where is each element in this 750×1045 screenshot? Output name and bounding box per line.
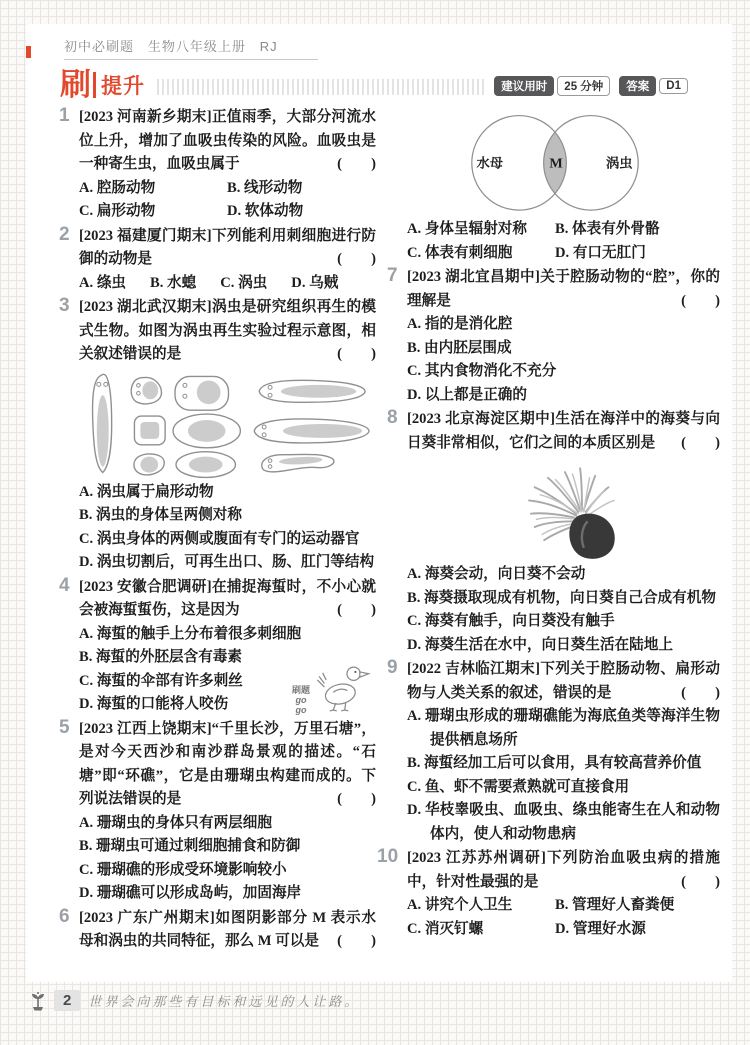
question-number: 2 bbox=[59, 223, 70, 247]
page-footer: 2 世界会向那些有目标和远见的人让路。 bbox=[30, 990, 360, 1011]
option-item: C. 扁形动物 bbox=[79, 200, 227, 224]
right-column: 水母 M 涡虫 A. 身体呈辐射对称B. 体表有外骨骼C. 体表有刺细胞D. 有… bbox=[390, 106, 720, 955]
question-stem: [2023 湖北宜昌期中]关于腔肠动物的“腔”，你的理解是( ) bbox=[407, 266, 720, 313]
option-item: B. 海葵摄取现成有机物，向日葵自己合成有机物 bbox=[407, 587, 720, 611]
question-stem: [2023 湖北武汉期末]涡虫是研究组织再生的模式生物。如图为涡虫再生实验过程示… bbox=[79, 296, 376, 367]
brand-shua-logo: 刷 bbox=[60, 70, 91, 100]
venn-center-label: M bbox=[549, 156, 562, 172]
question-source: [2023 湖北宜昌期中] bbox=[407, 269, 540, 285]
option-item: D. 有口无肛门 bbox=[555, 242, 720, 266]
option-item: C. 涡虫 bbox=[220, 272, 267, 296]
section-title: 提升 bbox=[101, 70, 145, 100]
option-item: A. 涡虫属于扁形动物 bbox=[79, 481, 376, 505]
book-subject: 生物八年级上册 bbox=[148, 39, 246, 54]
decorative-stripes bbox=[157, 79, 484, 95]
question-5: 5 [2023 江西上饶期末]“千里长沙，万里石塘”，是对今天西沙和南沙群岛景观… bbox=[62, 718, 376, 906]
question-number: 4 bbox=[59, 574, 70, 598]
option-item: D. 以上都是正确的 bbox=[407, 384, 720, 408]
option-item: B. 珊瑚虫可通过刺细胞捕食和防御 bbox=[79, 835, 376, 859]
answer-label: 答案 bbox=[619, 76, 656, 96]
question-source: [2023 江西上饶期末] bbox=[79, 721, 212, 737]
options-list: A. 珊瑚虫的身体只有两层细胞B. 珊瑚虫可通过刺细胞捕食和防御C. 珊瑚礁的形… bbox=[79, 812, 376, 906]
answer-bracket: ( ) bbox=[681, 432, 720, 456]
answer-bracket: ( ) bbox=[337, 343, 376, 367]
planaria-regeneration-figure bbox=[79, 369, 376, 479]
option-item: D. 软体动物 bbox=[227, 200, 376, 224]
option-item: B. 体表有外骨骼 bbox=[555, 218, 720, 242]
option-item: B. 涡虫的身体呈两侧对称 bbox=[79, 504, 376, 528]
option-item: D. 管理好水源 bbox=[555, 918, 720, 942]
sea-anemone-photo bbox=[407, 457, 720, 561]
question-10: 10 [2023 江苏苏州调研]下列防治血吸虫病的措施中，针对性最强的是( ) … bbox=[390, 847, 720, 941]
option-item: B. 由内胚层围成 bbox=[407, 337, 720, 361]
book-title: 初中必刷题 bbox=[64, 39, 134, 54]
answer-bracket: ( ) bbox=[681, 290, 720, 314]
question-8: 8 [2023 北京海淀区期中]生活在海洋中的海葵与向日葵非常相似，它们之间的本… bbox=[390, 408, 720, 657]
option-item: A. 海葵会动，向日葵不会动 bbox=[407, 563, 720, 587]
suggested-time-value: 25 分钟 bbox=[557, 76, 610, 96]
option-item: A. 海蜇的触手上分布着很多刺细胞 bbox=[79, 623, 376, 647]
question-source: [2023 安徽合肥调研] bbox=[79, 579, 212, 595]
option-item: B. 海蜇经加工后可以食用，具有较高营养价值 bbox=[407, 752, 720, 776]
option-item: C. 消灭钉螺 bbox=[407, 918, 555, 942]
question-stem: [2023 河南新乡期末]正值雨季，大部分河流水位上升，增加了血吸虫传染的风险。… bbox=[79, 106, 376, 177]
options-list: A. 腔肠动物B. 线形动物C. 扁形动物D. 软体动物 bbox=[79, 177, 376, 224]
question-source: [2023 湖北武汉期末] bbox=[79, 299, 212, 315]
answer-bracket: ( ) bbox=[681, 682, 720, 706]
option-item: A. 腔肠动物 bbox=[79, 177, 227, 201]
footer-motto: 世界会向那些有目标和远见的人让路。 bbox=[88, 991, 360, 1010]
question-2: 2 [2023 福建厦门期末]下列能利用刺细胞进行防御的动物是( ) A. 绦虫… bbox=[62, 225, 376, 296]
question-stem: [2023 江西上饶期末]“千里长沙，万里石塘”，是对今天西沙和南沙群岛景观的描… bbox=[79, 718, 376, 812]
answer-bracket: ( ) bbox=[337, 930, 376, 954]
option-item: A. 绦虫 bbox=[79, 272, 126, 296]
options-list: A. 绦虫B. 水螅C. 涡虫D. 乌贼 bbox=[79, 272, 376, 296]
question-number: 3 bbox=[59, 294, 70, 318]
answer-bracket: ( ) bbox=[681, 871, 720, 895]
section-title-row: 刷 提升 建议用时 25 分钟 答案 D1 bbox=[60, 70, 694, 100]
question-source: [2023 广东广州期末] bbox=[79, 910, 215, 926]
option-item: A. 身体呈辐射对称 bbox=[407, 218, 555, 242]
paper-sheet: 初中必刷题 生物八年级上册 RJ 刷 提升 建议用时 25 分钟 答案 D1 1… bbox=[26, 24, 732, 982]
options-list: A. 海葵会动，向日葵不会动B. 海葵摄取现成有机物，向日葵自己合成有机物C. … bbox=[407, 563, 720, 657]
options-list: A. 讲究个人卫生B. 管理好人畜粪便C. 消灭钉螺D. 管理好水源 bbox=[407, 894, 720, 941]
sprout-icon bbox=[30, 991, 46, 1011]
question-7: 7 [2023 湖北宜昌期中]关于腔肠动物的“腔”，你的理解是( ) A. 指的… bbox=[390, 266, 720, 407]
option-item: A. 指的是消化腔 bbox=[407, 313, 720, 337]
question-1: 1 [2023 河南新乡期末]正值雨季，大部分河流水位上升，增加了血吸虫传染的风… bbox=[62, 106, 376, 224]
option-item: C. 其内食物消化不充分 bbox=[407, 360, 720, 384]
question-3: 3 [2023 湖北武汉期末]涡虫是研究组织再生的模式生物。如图为涡虫再生实验过… bbox=[62, 296, 376, 575]
option-item: A. 珊瑚虫形成的珊瑚礁能为海底鱼类等海洋生物提供栖息场所 bbox=[407, 705, 720, 752]
question-source: [2023 北京海淀区期中] bbox=[407, 411, 555, 427]
question-stem: [2022 吉林临江期末]下列关于腔肠动物、扁形动物与人类关系的叙述，错误的是(… bbox=[407, 658, 720, 705]
question-number: 5 bbox=[59, 716, 70, 740]
page-number: 2 bbox=[54, 990, 80, 1011]
option-item: D. 涡虫切割后，可再生出口、肠、肛门等结构 bbox=[79, 551, 376, 575]
question-stem: [2023 广东广州期末]如图阴影部分 M 表示水母和涡虫的共同特征，那么 M … bbox=[79, 907, 376, 954]
options-list: A. 涡虫属于扁形动物B. 涡虫的身体呈两侧对称C. 涡虫身体的两侧或腹面有专门… bbox=[79, 481, 376, 575]
options-list: A. 珊瑚虫形成的珊瑚礁能为海底鱼类等海洋生物提供栖息场所B. 海蜇经加工后可以… bbox=[407, 705, 720, 846]
suggested-time-label: 建议用时 bbox=[494, 76, 554, 96]
answer-page-value: D1 bbox=[659, 78, 688, 94]
question-number: 9 bbox=[387, 656, 398, 680]
answer-bracket: ( ) bbox=[337, 248, 376, 272]
question-stem: [2023 福建厦门期末]下列能利用刺细胞进行防御的动物是( ) bbox=[79, 225, 376, 272]
book-edition: RJ bbox=[260, 39, 278, 54]
question-6-stem: 6 [2023 广东广州期末]如图阴影部分 M 表示水母和涡虫的共同特征，那么 … bbox=[62, 907, 376, 954]
question-stem: [2023 安徽合肥调研]在捕捉海蜇时，不小心就会被海蜇蜇伤，这是因为( ) bbox=[79, 576, 376, 623]
left-column: 1 [2023 河南新乡期末]正值雨季，大部分河流水位上升，增加了血吸虫传染的风… bbox=[62, 106, 376, 955]
question-number: 7 bbox=[387, 264, 398, 288]
duck-icon bbox=[312, 659, 374, 715]
option-item: D. 乌贼 bbox=[291, 272, 338, 296]
answer-bracket: ( ) bbox=[337, 153, 376, 177]
option-item: B. 管理好人畜粪便 bbox=[555, 894, 720, 918]
answer-bracket: ( ) bbox=[337, 599, 376, 623]
workbook-page: 初中必刷题 生物八年级上册 RJ 刷 提升 建议用时 25 分钟 答案 D1 1… bbox=[0, 0, 750, 1045]
question-number: 1 bbox=[59, 104, 70, 128]
option-item: D. 珊瑚礁可以形成岛屿，加固海岸 bbox=[79, 882, 376, 906]
red-edge-mark bbox=[26, 46, 31, 58]
option-item: C. 鱼、虾不需要煮熟就可直接食用 bbox=[407, 776, 720, 800]
two-column-layout: 1 [2023 河南新乡期末]正值雨季，大部分河流水位上升，增加了血吸虫传染的风… bbox=[62, 106, 732, 955]
mascot-caption-go2: go bbox=[295, 705, 306, 715]
option-item: C. 涡虫身体的两侧或腹面有专门的运动器官 bbox=[79, 528, 376, 552]
question-number: 10 bbox=[377, 845, 398, 869]
question-number: 6 bbox=[59, 905, 70, 929]
mascot-caption-cn: 刷题 bbox=[292, 685, 310, 695]
option-item: A. 讲究个人卫生 bbox=[407, 894, 555, 918]
options-list: A. 指的是消化腔B. 由内胚层围成C. 其内食物消化不充分D. 以上都是正确的 bbox=[407, 313, 720, 407]
options-list: A. 身体呈辐射对称B. 体表有外骨骼C. 体表有刺细胞D. 有口无肛门 bbox=[407, 218, 720, 265]
question-source: [2023 福建厦门期末] bbox=[79, 228, 212, 244]
option-item: C. 海葵有触手，向日葵没有触手 bbox=[407, 610, 720, 634]
answer-bracket: ( ) bbox=[337, 788, 376, 812]
book-header: 初中必刷题 生物八年级上册 RJ bbox=[64, 36, 318, 60]
question-6-options: A. 身体呈辐射对称B. 体表有外骨骼C. 体表有刺细胞D. 有口无肛门 bbox=[390, 218, 720, 265]
option-item: D. 海葵生活在水中，向日葵生活在陆地上 bbox=[407, 634, 720, 658]
question-number: 8 bbox=[387, 406, 398, 430]
option-item: B. 水螅 bbox=[150, 272, 196, 296]
mascot-caption-go1: go bbox=[295, 695, 306, 705]
info-badges: 建议用时 25 分钟 答案 D1 bbox=[494, 76, 694, 96]
logo-bar bbox=[93, 72, 96, 98]
question-source: [2023 河南新乡期末] bbox=[79, 109, 212, 125]
option-item: B. 线形动物 bbox=[227, 177, 376, 201]
venn-left-label: 水母 bbox=[477, 155, 504, 171]
question-9: 9 [2022 吉林临江期末]下列关于腔肠动物、扁形动物与人类关系的叙述，错误的… bbox=[390, 658, 720, 846]
question-4: 4 [2023 安徽合肥调研]在捕捉海蜇时，不小心就会被海蜇蜇伤，这是因为( )… bbox=[62, 576, 376, 717]
duck-mascot: 刷题 go go bbox=[292, 659, 374, 715]
question-source: [2023 江苏苏州调研] bbox=[407, 850, 546, 866]
option-item: C. 体表有刺细胞 bbox=[407, 242, 555, 266]
venn-right-label: 涡虫 bbox=[606, 156, 633, 171]
option-item: C. 珊瑚礁的形成受环境影响较小 bbox=[79, 859, 376, 883]
question-stem: [2023 北京海淀区期中]生活在海洋中的海葵与向日葵非常相似，它们之间的本质区… bbox=[407, 408, 720, 455]
venn-diagram-figure: 水母 M 涡虫 bbox=[390, 108, 720, 212]
option-item: A. 珊瑚虫的身体只有两层细胞 bbox=[79, 812, 376, 836]
mascot-caption: 刷题 go go bbox=[292, 685, 310, 715]
question-source: [2022 吉林临江期末] bbox=[407, 661, 540, 677]
option-item: D. 华枝睾吸虫、血吸虫、绦虫能寄生在人和动物体内，使人和动物患病 bbox=[407, 799, 720, 846]
question-stem: [2023 江苏苏州调研]下列防治血吸虫病的措施中，针对性最强的是( ) bbox=[407, 847, 720, 894]
